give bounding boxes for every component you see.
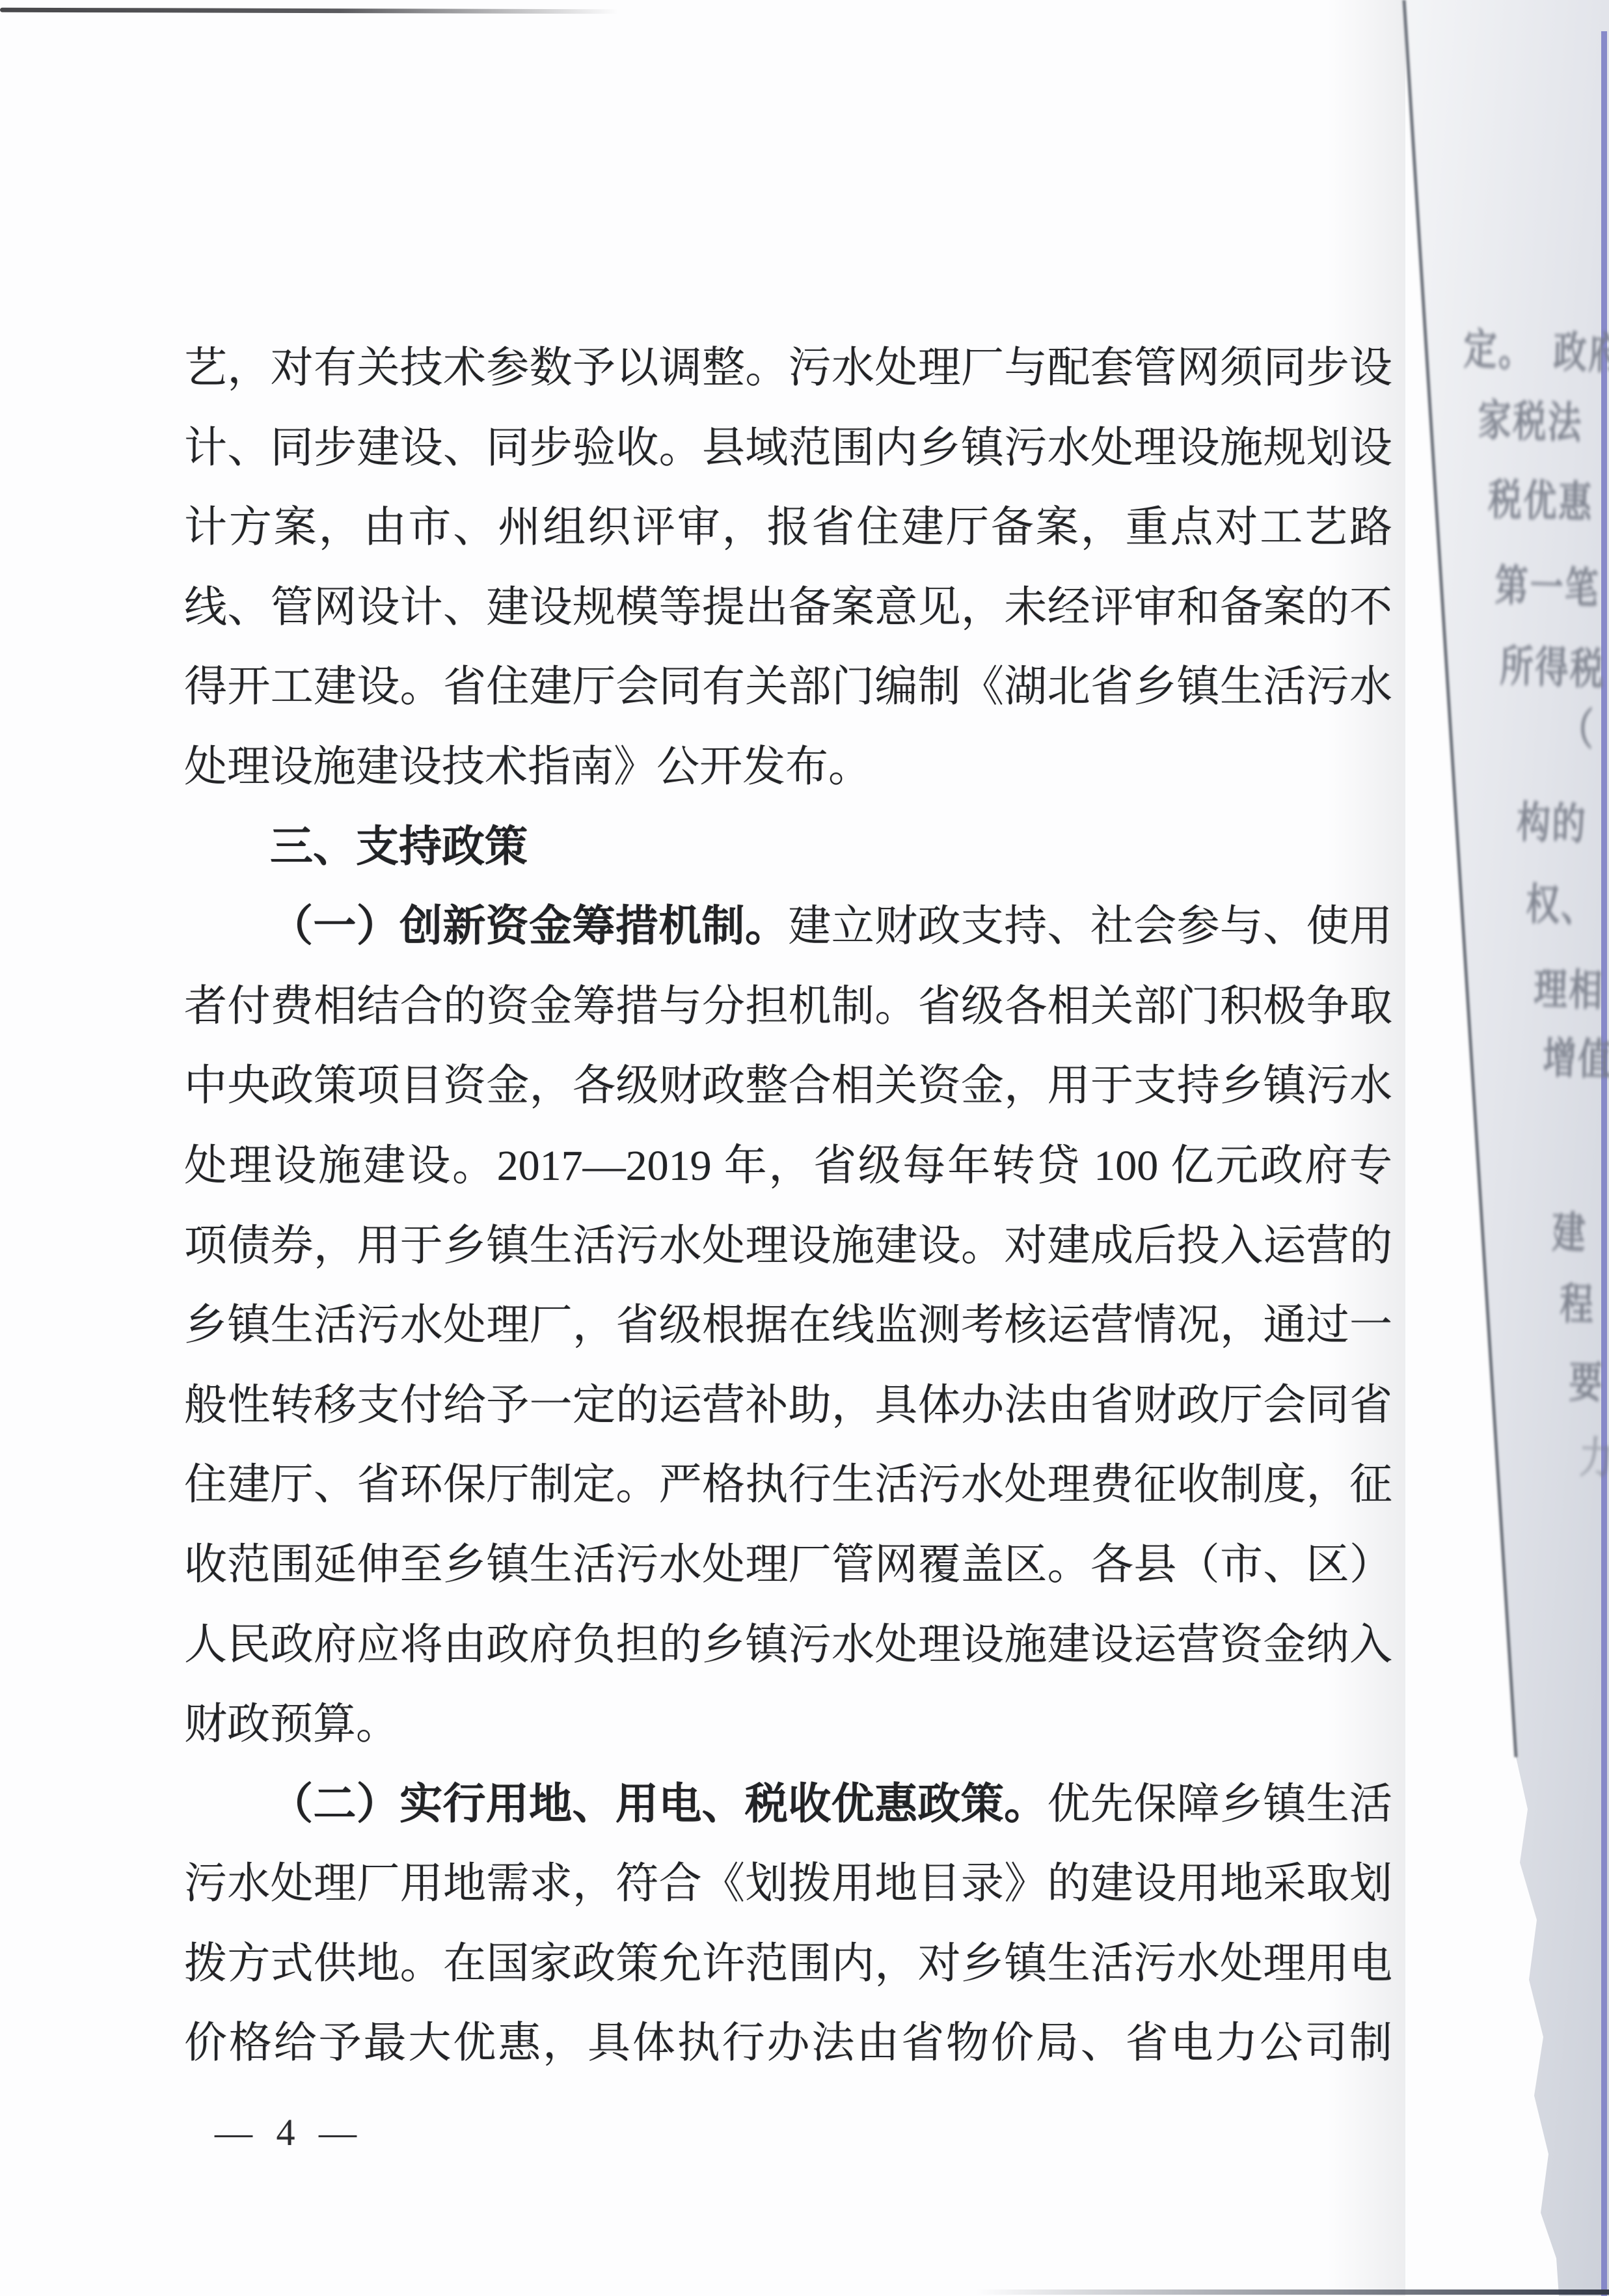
text-line: 处理设施建设技术指南》公开发布。 xyxy=(184,728,1392,808)
text-line: 得开工建设。省住建厅会同有关部门编制《湖北省乡镇生活污水 xyxy=(184,648,1392,728)
text-line: （一）创新资金筹措机制。建立财政支持、社会参与、使用 xyxy=(184,887,1392,967)
scanned-page: 定。 政府家税法税优惠第一笔所得税（构的权、理相增值建程要力 艺，对有关技术参数… xyxy=(0,0,1609,2296)
bold-lead-text: 三、支持政策 xyxy=(270,823,528,871)
text-line: 者付费相结合的资金筹措与分担机制。省级各相关部门积极争取 xyxy=(184,967,1392,1047)
text-line: 污水处理厂用地需求，符合《划拨用地目录》的建设用地采取划 xyxy=(184,1844,1392,1924)
text-line: 项债券，用于乡镇生活污水处理设施建设。对建成后投入运营的 xyxy=(184,1207,1392,1287)
text-line: 艺，对有关技术参数予以调整。污水处理厂与配套管网须同步设 xyxy=(184,329,1392,409)
text-line: 住建厅、省环保厅制定。严格执行生活污水处理费征收制度，征 xyxy=(184,1445,1392,1525)
text-line: （二）实行用地、用电、税收优惠政策。优先保障乡镇生活 xyxy=(184,1765,1392,1845)
scan-edge-purple-line xyxy=(1601,31,1607,2296)
text-line: 处理设施建设。2017—2019 年，省级每年转贷 100 亿元政府专 xyxy=(184,1127,1392,1207)
text-line: 乡镇生活污水处理厂，省级根据在线监测考核运营情况，通过一 xyxy=(184,1286,1392,1366)
text-line: 线、管网设计、建设规模等提出备案意见，未经评审和备案的不 xyxy=(184,568,1392,648)
text-line: 三、支持政策 xyxy=(184,808,1392,888)
text-line: 价格给予最大优惠，具体执行办法由省物价局、省电力公司制 xyxy=(184,2004,1392,2084)
text-line: 中央政策项目资金，各级财政整合相关资金，用于支持乡镇污水 xyxy=(184,1046,1392,1127)
text-line: 人民政府应将由政府负担的乡镇污水处理设施建设运营资金纳入 xyxy=(184,1606,1392,1686)
text-line: 收范围延伸至乡镇生活污水处理厂管网覆盖区。各县（市、区） xyxy=(184,1525,1392,1606)
text-line: 计、同步建设、同步验收。县域范围内乡镇污水处理设施规划设 xyxy=(184,409,1392,489)
document-text: 艺，对有关技术参数予以调整。污水处理厂与配套管网须同步设计、同步建设、同步验收。… xyxy=(184,329,1392,2084)
page-number: — 4 — xyxy=(215,2114,357,2152)
text-line: 计方案，由市、州组织评审，报省住建厅备案，重点对工艺路 xyxy=(184,488,1392,568)
bottom-edge-line xyxy=(976,2289,1609,2295)
bold-lead-text: （一）创新资金筹措机制。 xyxy=(270,903,788,950)
bold-lead-text: （二）实行用地、用电、税收优惠政策。 xyxy=(270,1781,1047,1828)
adjacent-page-area xyxy=(1404,0,1609,2296)
text-line: 般性转移支付给予一定的运营补助，具体办法由省财政厅会同省 xyxy=(184,1366,1392,1446)
text-line: 拨方式供地。在国家政策允许范围内，对乡镇生活污水处理用电 xyxy=(184,1924,1392,2004)
text-line: 财政预算。 xyxy=(184,1685,1392,1765)
